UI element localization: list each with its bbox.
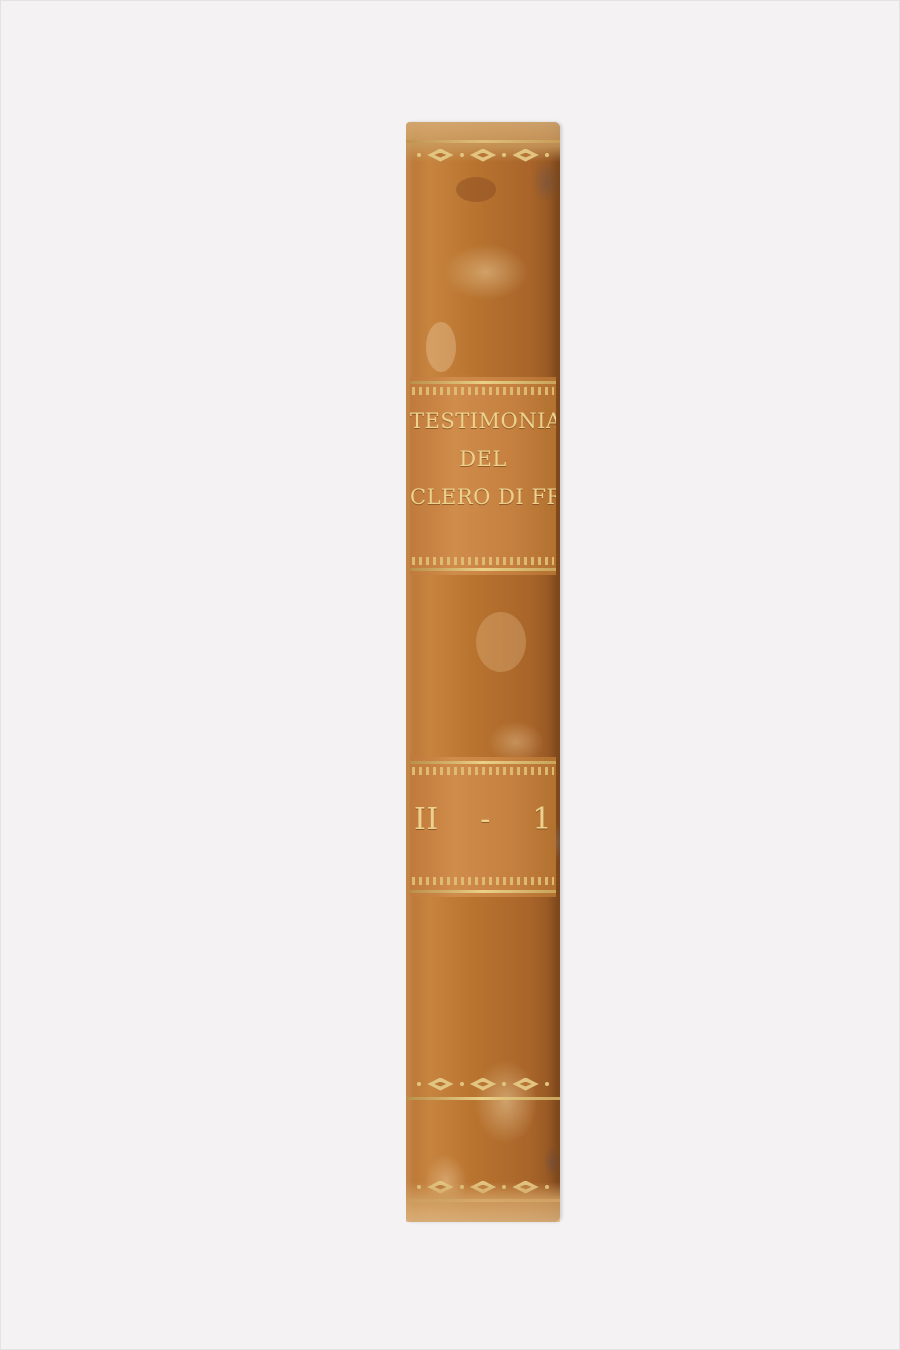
leather-wear	[426, 322, 456, 372]
volume-label: II - 1	[410, 757, 556, 897]
leather-stain	[456, 177, 496, 202]
leather-wear	[476, 612, 526, 672]
gilt-rule	[406, 1097, 560, 1100]
title-label: TESTIMONIANZ DEL CLERO DI FRA	[410, 377, 556, 575]
gilt-rule	[406, 140, 560, 143]
title-line-2: DEL	[410, 447, 556, 471]
lower-gilt-ornament	[414, 1077, 552, 1091]
title-line-1: TESTIMONIANZ	[410, 409, 556, 433]
volume-dash: -	[480, 802, 491, 837]
volume-left: II	[414, 802, 439, 837]
book-spine: TESTIMONIANZ DEL CLERO DI FRA II - 1	[406, 122, 560, 1222]
volume-number: II - 1	[410, 802, 556, 837]
top-gilt-ornament	[414, 148, 552, 162]
title-line-3: CLERO DI FRA	[410, 485, 556, 509]
volume-right: 1	[532, 802, 552, 837]
spine-tail-cap	[406, 1182, 560, 1222]
